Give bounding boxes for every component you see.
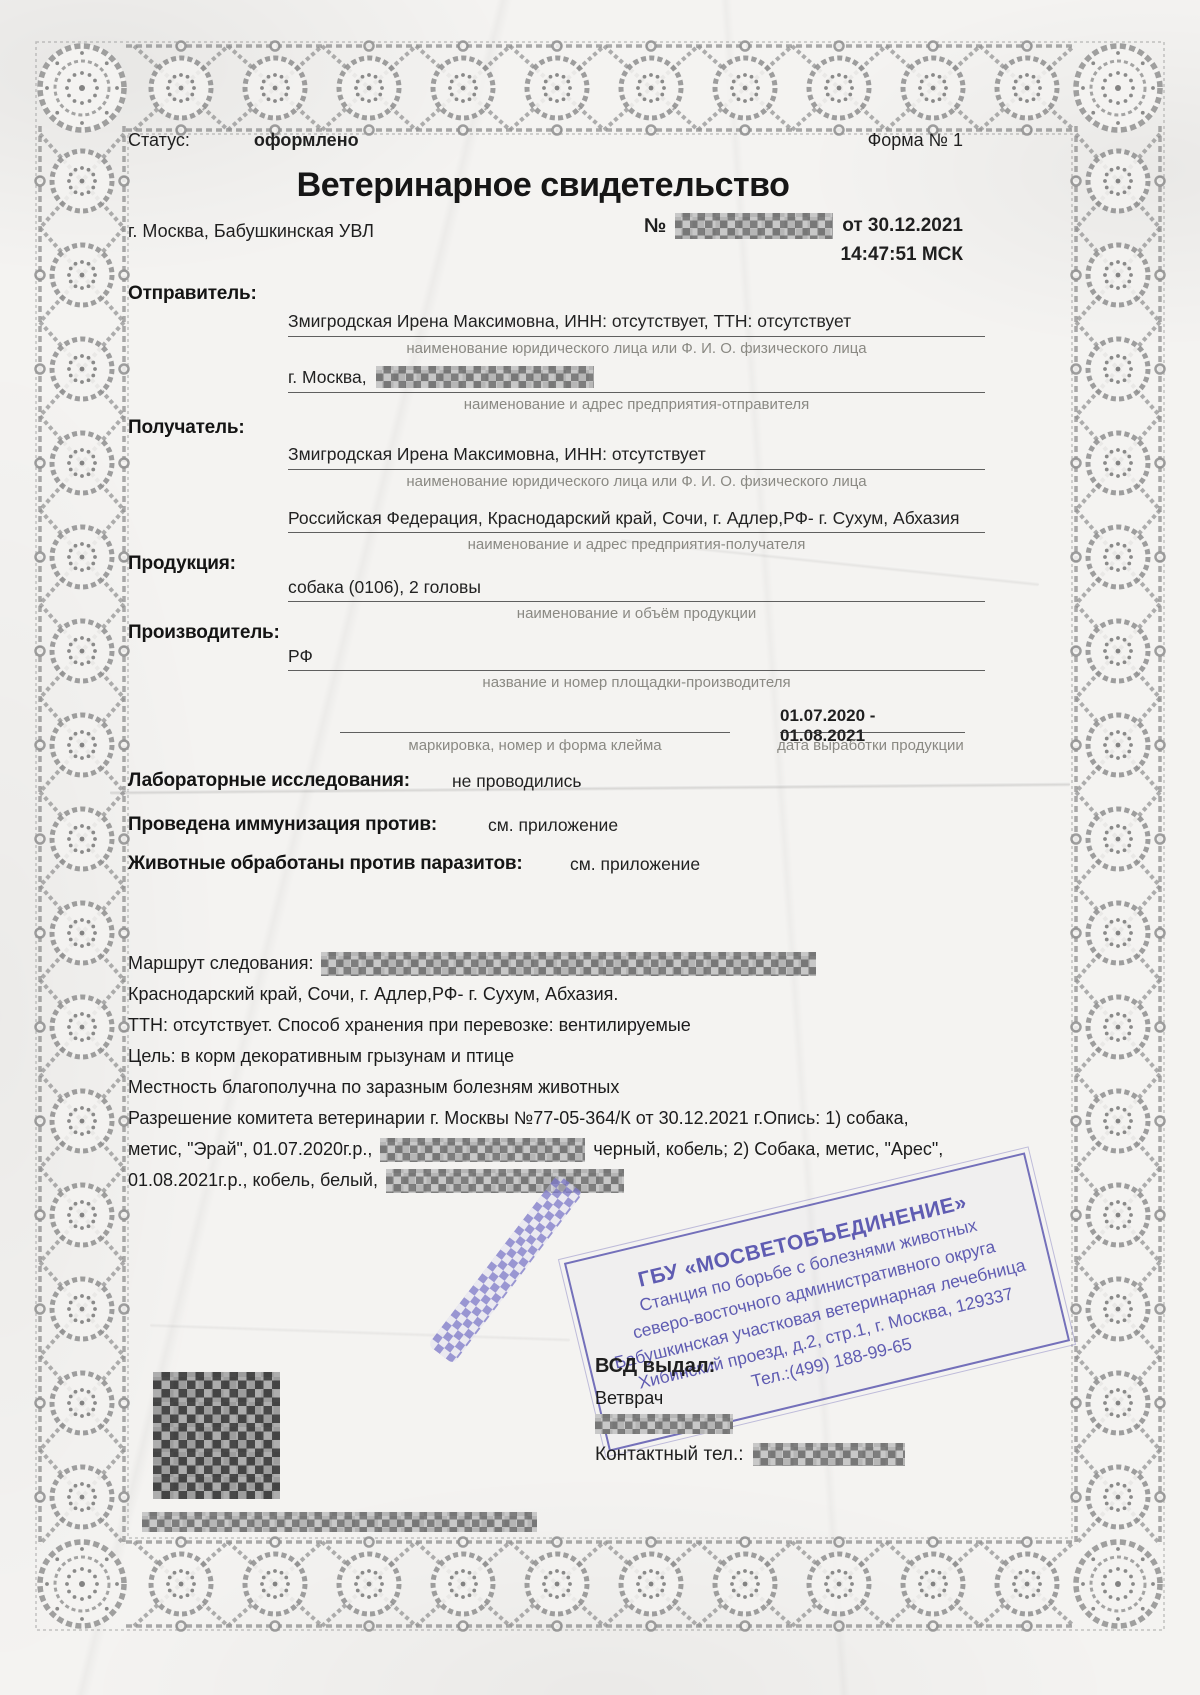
route-redacted <box>321 952 816 976</box>
dog2-address-redacted <box>386 1169 624 1193</box>
detail-dog2-pre: 01.08.2021г.р., кобель, белый, <box>128 1165 378 1196</box>
detail-line-ttn: ТТН: отсутствует. Способ хранения при пе… <box>128 1010 998 1041</box>
doc-number-sign: № <box>644 215 666 238</box>
form-line <box>340 732 730 733</box>
form-line <box>288 392 985 393</box>
doc-date: от 30.12.2021 <box>842 215 963 237</box>
producer-caption: название и номер площадки-производителя <box>288 674 985 691</box>
form-line <box>288 532 985 533</box>
sender-section-label: Отправитель: <box>128 283 257 305</box>
form-line <box>288 601 985 602</box>
receiver-section-label: Получатель: <box>128 417 245 439</box>
receiver-address-caption: наименование и адрес предприятия-получат… <box>288 536 985 553</box>
marking-caption: маркировка, номер и форма клейма <box>340 737 730 754</box>
route-label: Маршрут следования: <box>128 948 313 979</box>
product-section-label: Продукция: <box>128 553 236 575</box>
form-line <box>288 336 985 337</box>
sender-address-caption: наименование и адрес предприятия-отправи… <box>288 396 985 413</box>
detail-line-permit: Разрешение комитета ветеринарии г. Москв… <box>128 1103 998 1134</box>
production-dates-caption: дата выработки продукции <box>768 737 973 754</box>
detail-dog1-pre: метис, "Эрай", 01.07.2020г.р., <box>128 1134 372 1165</box>
paper-crease <box>150 1323 570 1343</box>
receiver-name-caption: наименование юридического лица или Ф. И.… <box>288 473 985 490</box>
detail-dog1-post: черный, кобель; 2) Собака, метис, "Арес"… <box>593 1134 943 1165</box>
form-line <box>288 469 985 470</box>
producer-value: РФ <box>288 646 313 667</box>
qr-code <box>153 1372 280 1499</box>
vet-name-redacted <box>595 1414 733 1434</box>
product-value: собака (0106), 2 головы <box>288 577 481 598</box>
doc-time: 14:47:51 МСК <box>841 244 963 266</box>
product-caption: наименование и объём продукции <box>288 605 985 622</box>
veterinary-certificate-page: Статус: оформлено Форма № 1 Ветеринарное… <box>0 0 1200 1695</box>
contact-label: Контактный тел.: <box>595 1444 744 1466</box>
sender-name-value: Змигродская Ирена Максимовна, ИНН: отсут… <box>288 311 851 332</box>
form-number: Форма № 1 <box>868 130 963 151</box>
issuer-role: Ветврач <box>595 1388 663 1409</box>
form-line <box>780 732 965 733</box>
status-value: оформлено <box>254 130 359 151</box>
sender-address-prefix: г. Москва, <box>288 367 367 388</box>
receiver-name-value: Змигродская Ирена Максимовна, ИНН: отсут… <box>288 444 706 465</box>
receiver-address-value: Российская Федерация, Краснодарский край… <box>288 508 960 529</box>
contact-phone-redacted <box>753 1443 905 1466</box>
lab-value: не проводились <box>452 771 582 792</box>
issued-label: ВСД выдал: <box>595 1355 715 1378</box>
sender-name-caption: наименование юридического лица или Ф. И.… <box>288 340 985 357</box>
qr-caption-redacted <box>142 1512 537 1532</box>
status-label: Статус: <box>128 130 190 151</box>
detail-line-purpose: Цель: в корм декоративным грызунам и пти… <box>128 1041 998 1072</box>
producer-section-label: Производитель: <box>128 622 280 644</box>
parasites-section-label: Животные обработаны против паразитов: <box>128 853 523 875</box>
detail-line-area: Местность благополучна по заразным болез… <box>128 1072 998 1103</box>
certificate-title: Ветеринарное свидетельство <box>128 166 958 205</box>
lab-section-label: Лабораторные исследования: <box>128 770 410 792</box>
form-line <box>288 670 985 671</box>
doc-number-redacted <box>675 213 833 239</box>
parasites-value: см. приложение <box>570 854 700 875</box>
issuing-office: г. Москва, Бабушкинская УВЛ <box>128 221 374 242</box>
immunization-section-label: Проведена иммунизация против: <box>128 814 437 836</box>
dog1-address-redacted <box>380 1138 585 1162</box>
immunization-value: см. приложение <box>488 815 618 836</box>
detail-line-region: Краснодарский край, Сочи, г. Адлер,РФ- г… <box>128 979 998 1010</box>
sender-address-redacted <box>376 366 594 388</box>
